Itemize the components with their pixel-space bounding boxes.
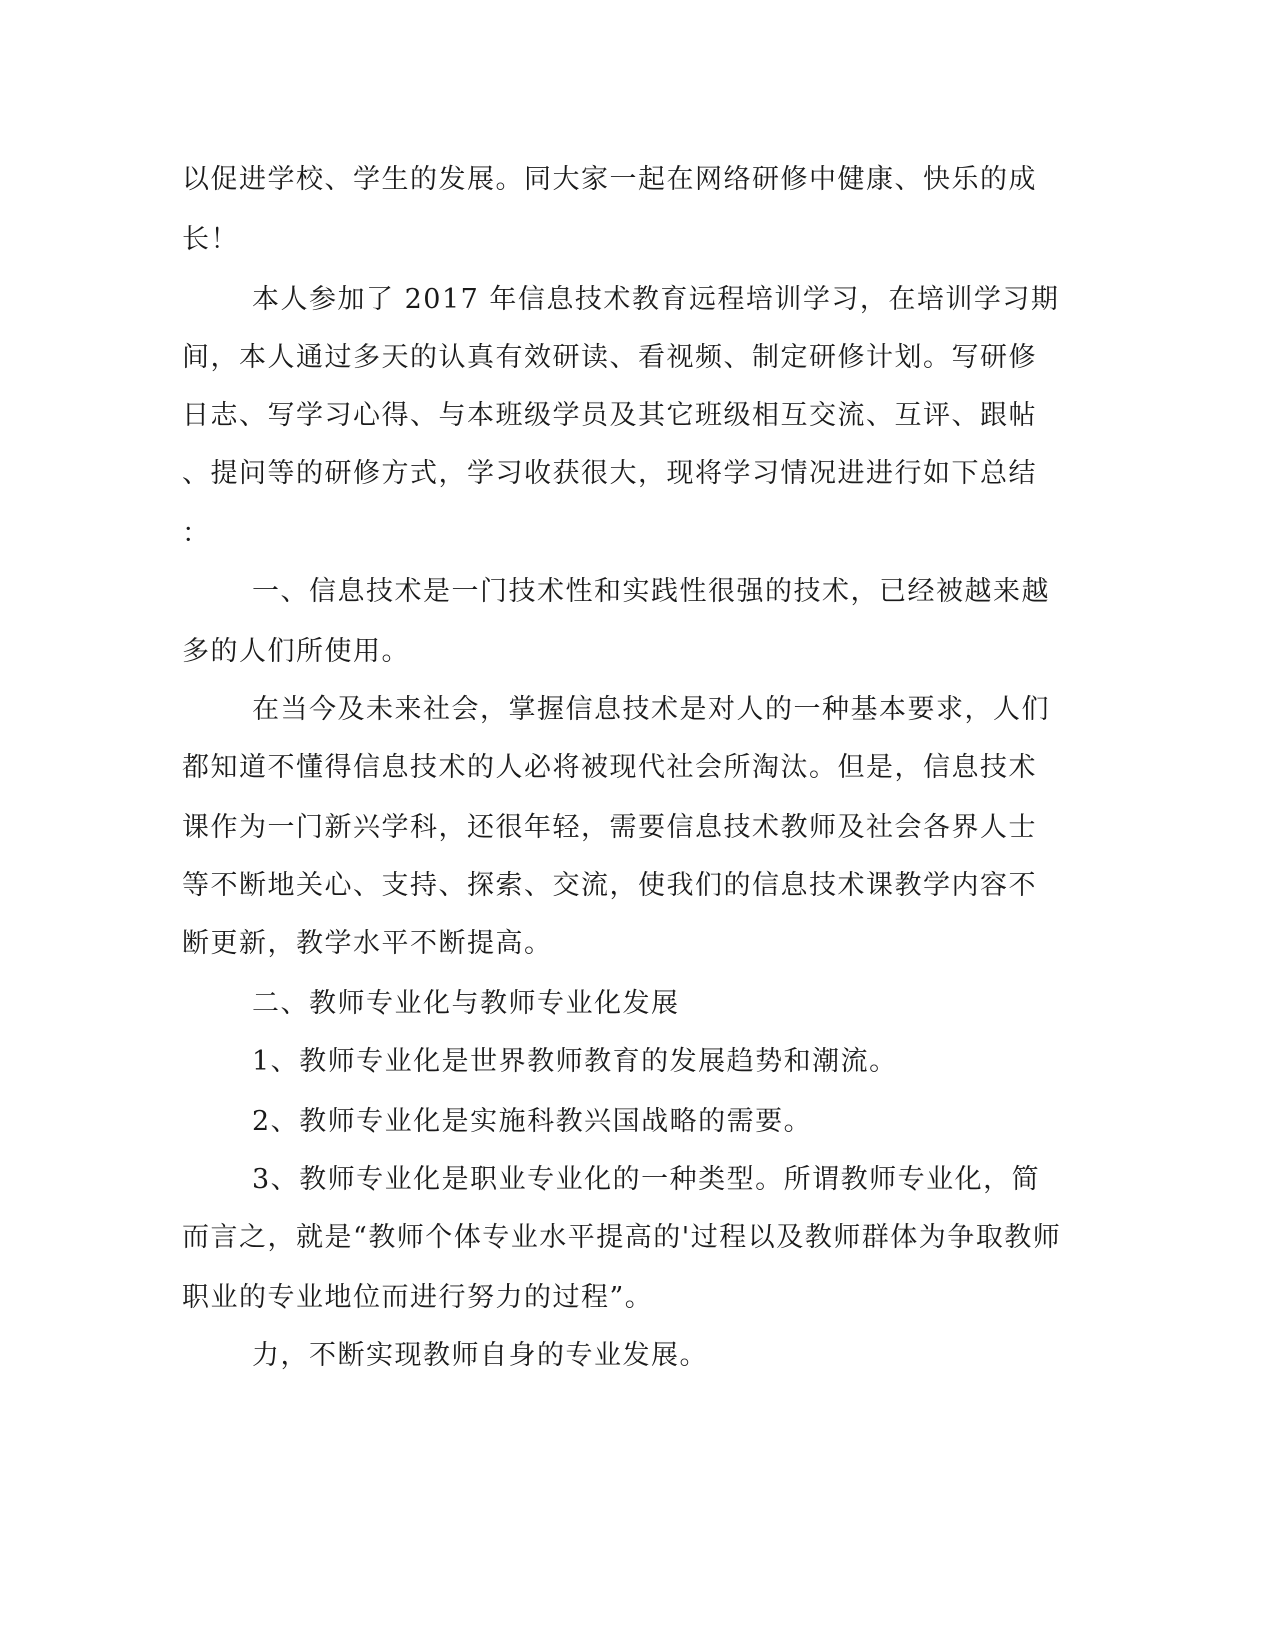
text-line: 间，本人通过多天的认真有效研读、看视频、制定研修计划。写研修 <box>182 342 1037 374</box>
text-line: 职业的专业地位而进行努力的过程”。 <box>182 1282 653 1314</box>
list-item-3: 3、教师专业化是职业专业化的一种类型。所谓教师专业化，简 <box>252 1164 1040 1196</box>
text-line: 以促进学校、学生的发展。同大家一起在网络研修中健康、快乐的成 <box>182 164 1037 196</box>
text-line: ： <box>182 518 211 550</box>
text-line: 课作为一门新兴学科，还很年轻，需要信息技术教师及社会各界人士 <box>182 812 1037 844</box>
text-line: 日志、写学习心得、与本班级学员及其它班级相互交流、互评、跟帖 <box>182 400 1037 432</box>
paragraph-start-line: 本人参加了 2017 年信息技术教育远程培训学习，在培训学习期 <box>252 284 1059 316</box>
text-line: 而言之，就是“教师个体专业水平提高的'过程以及教师群体为争取教师 <box>182 1222 1061 1254</box>
text-line: 等不断地关心、支持、探索、交流，使我们的信息技术课教学内容不 <box>182 870 1037 902</box>
list-item-1: 1、教师专业化是世界教师教育的发展趋势和潮流。 <box>252 1046 898 1078</box>
section-heading-1: 一、信息技术是一门技术性和实践性很强的技术，已经被越来越 <box>252 576 1050 608</box>
text-line: 多的人们所使用。 <box>182 636 410 668</box>
text-line: 长！ <box>182 224 239 256</box>
section-heading-2: 二、教师专业化与教师专业化发展 <box>252 988 680 1020</box>
list-item-2: 2、教师专业化是实施科教兴国战略的需要。 <box>252 1106 812 1138</box>
paragraph-start-line: 力，不断实现教师自身的专业发展。 <box>252 1340 708 1372</box>
paragraph-start-line: 在当今及未来社会，掌握信息技术是对人的一种基本要求，人们 <box>252 694 1050 726</box>
document-page: 以促进学校、学生的发展。同大家一起在网络研修中健康、快乐的成 长！ 本人参加了 … <box>0 0 1275 1650</box>
text-line: 断更新，教学水平不断提高。 <box>182 928 553 960</box>
text-line: 、提问等的研修方式，学习收获很大，现将学习情况进进行如下总结 <box>182 458 1037 490</box>
text-line: 都知道不懂得信息技术的人必将被现代社会所淘汰。但是，信息技术 <box>182 752 1037 784</box>
